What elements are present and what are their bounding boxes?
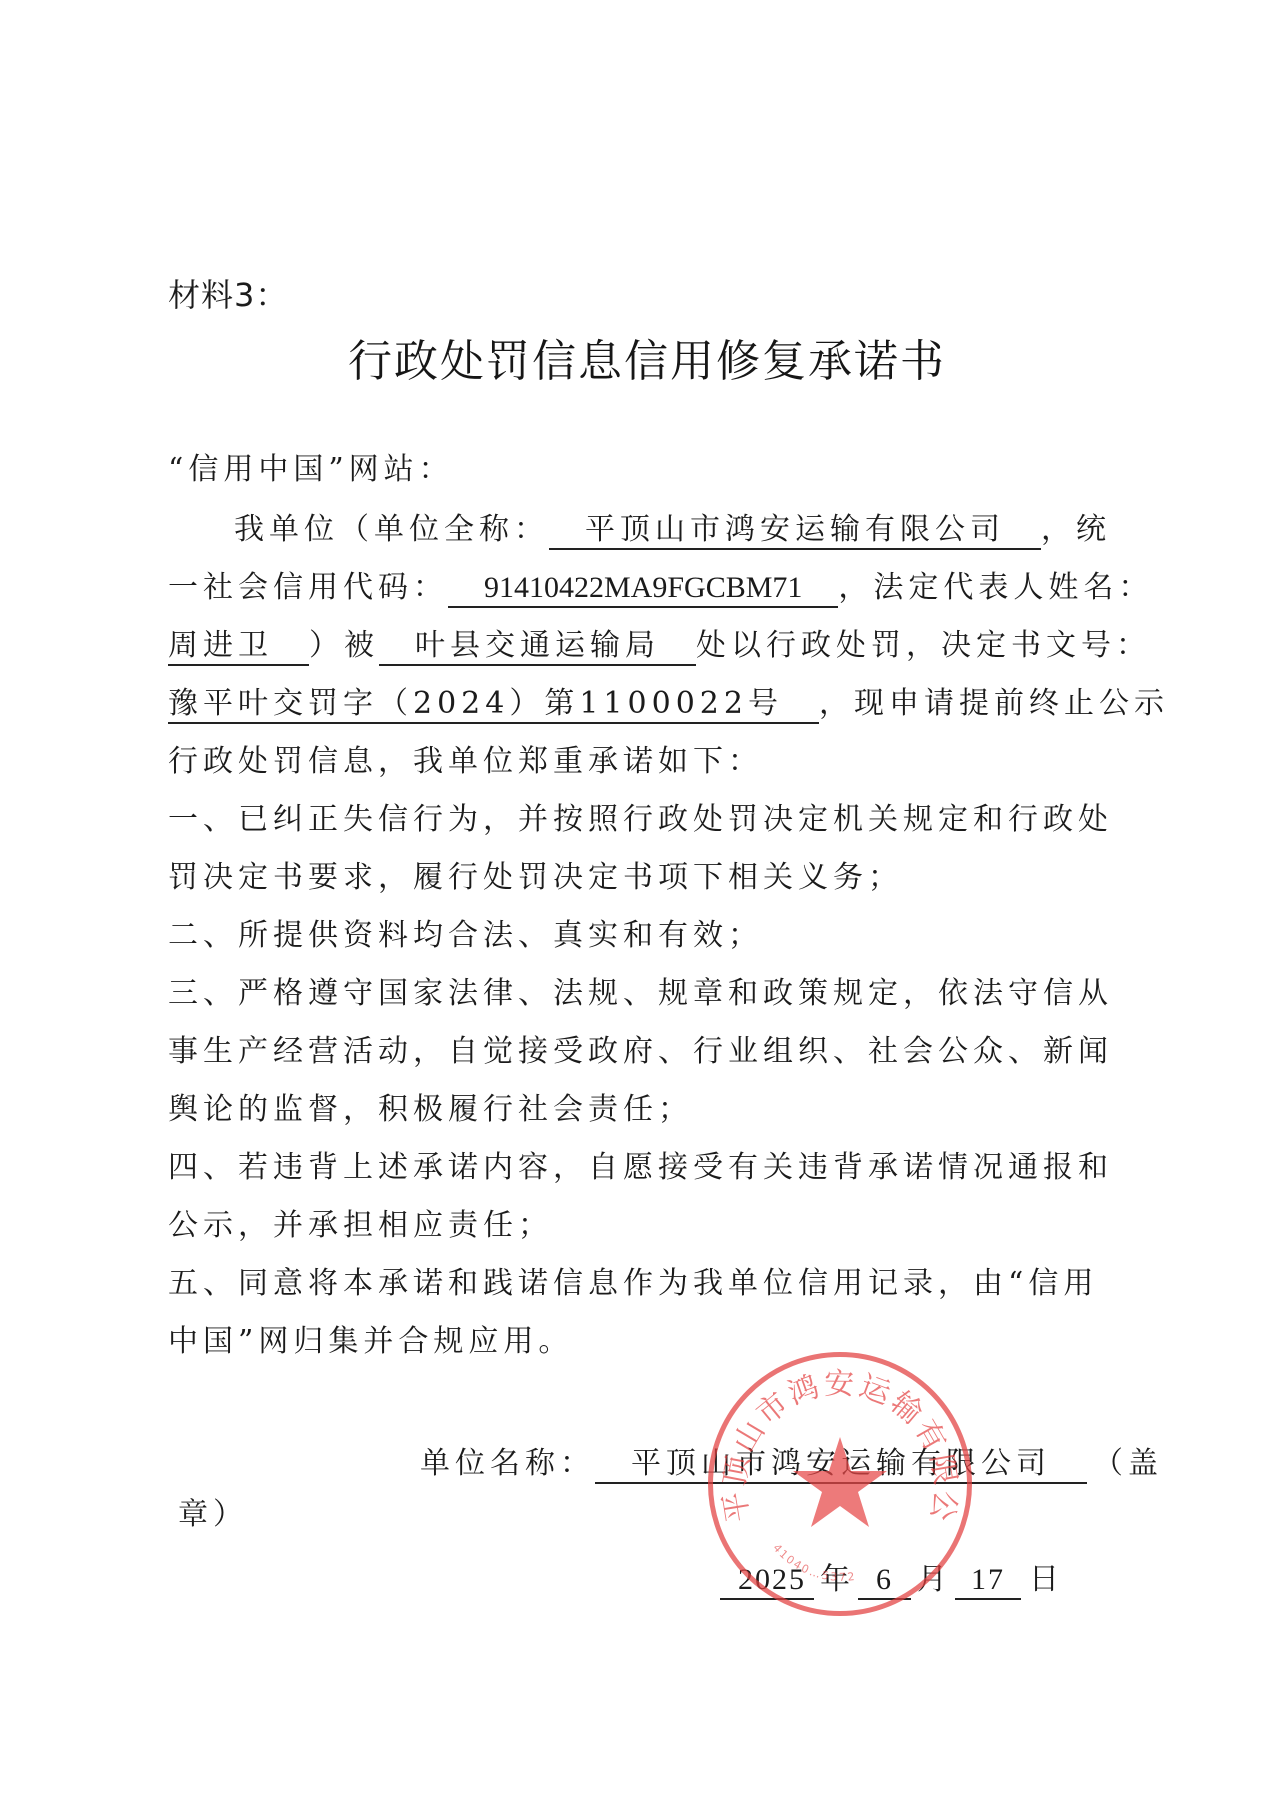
date-month-field: 6	[858, 1562, 911, 1600]
intro-after-company: ，统	[1041, 512, 1111, 547]
stamp-note-end: 章）	[178, 1495, 248, 1535]
credit-code-label: 一社会信用代码：	[168, 570, 448, 605]
authority-field: 叶县交通运输局	[379, 628, 696, 666]
signature-company-field: 平顶山市鸿安运输有限公司	[595, 1446, 1087, 1484]
intro-line-2: 一社会信用代码：91410422MA9FGCBM71，法定代表人姓名：	[168, 568, 1153, 608]
company-name-field: 平顶山市鸿安运输有限公司	[549, 512, 1041, 550]
commitment-3-line-1: 三、严格遵守国家法律、法规、规章和政策规定，依法守信从	[168, 974, 1113, 1014]
intro-prefix: 我单位（单位全称：	[234, 512, 549, 547]
addressee: “信用中国”网站：	[168, 450, 454, 490]
commitment-4-line-2: 公示，并承担相应责任；	[168, 1206, 553, 1246]
intro-line-4: 豫平叶交罚字（2024）第1100022号，现申请提前终止公示	[168, 684, 1169, 724]
intro-line3-mid: ）被	[309, 628, 379, 663]
seal-text: 平顶山市鸿安运输有限公司	[713, 1357, 963, 1526]
date-day-field: 17	[955, 1562, 1021, 1600]
commitment-5-line-1: 五、同意将本承诺和践诺信息作为我单位信用记录，由“信用	[168, 1264, 1098, 1304]
commitment-5-line-2: 中国”网归集并合规应用。	[168, 1322, 573, 1362]
signature-label: 单位名称：	[420, 1446, 595, 1481]
credit-code-field: 91410422MA9FGCBM71	[448, 570, 838, 608]
date-day-unit: 日	[1021, 1563, 1061, 1596]
commitment-1-line-1: 一、已纠正失信行为，并按照行政处罚决定机关规定和行政处	[168, 800, 1113, 840]
svg-text:平顶山市鸿安运输有限公司: 平顶山市鸿安运输有限公司	[713, 1357, 963, 1526]
commitment-1-line-2: 罚决定书要求，履行处罚决定书项下相关义务；	[168, 858, 903, 898]
date-month-unit: 月	[911, 1563, 955, 1596]
date-line: 2025年6月17日	[720, 1560, 1061, 1600]
commitment-4-line-1: 四、若违背上述承诺内容，自愿接受有关违背承诺情况通报和	[168, 1148, 1113, 1188]
intro-line-1: 我单位（单位全称：平顶山市鸿安运输有限公司，统	[168, 510, 1111, 550]
page-title: 行政处罚信息信用修复承诺书	[348, 325, 946, 389]
commitment-3-line-2: 事生产经营活动，自觉接受政府、行业组织、社会公众、新闻	[168, 1032, 1113, 1072]
legal-rep-field: 周进卫	[168, 628, 309, 666]
decision-label: 处以行政处罚，决定书文号：	[696, 628, 1151, 663]
intro-line-5: 行政处罚信息，我单位郑重承诺如下：	[168, 742, 763, 782]
stamp-note-start: （盖	[1087, 1446, 1163, 1481]
intro-line4-suffix: ，现申请提前终止公示	[819, 686, 1169, 721]
intro-line-3: 周进卫）被叶县交通运输局处以行政处罚，决定书文号：	[168, 626, 1151, 666]
legal-rep-label: ，法定代表人姓名：	[838, 570, 1153, 605]
date-year-unit: 年	[814, 1563, 858, 1596]
decision-number-field: 豫平叶交罚字（2024）第1100022号	[168, 686, 819, 724]
signature-line: 单位名称：平顶山市鸿安运输有限公司（盖	[420, 1444, 1163, 1484]
material-label: 材料3：	[168, 270, 288, 316]
commitment-3-line-3: 舆论的监督，积极履行社会责任；	[168, 1090, 693, 1130]
document-page: 材料3： 行政处罚信息信用修复承诺书 “信用中国”网站： 我单位（单位全称：平顶…	[0, 0, 1279, 1810]
date-year-field: 2025	[720, 1562, 814, 1600]
commitment-2-line-1: 二、所提供资料均合法、真实和有效；	[168, 916, 763, 956]
